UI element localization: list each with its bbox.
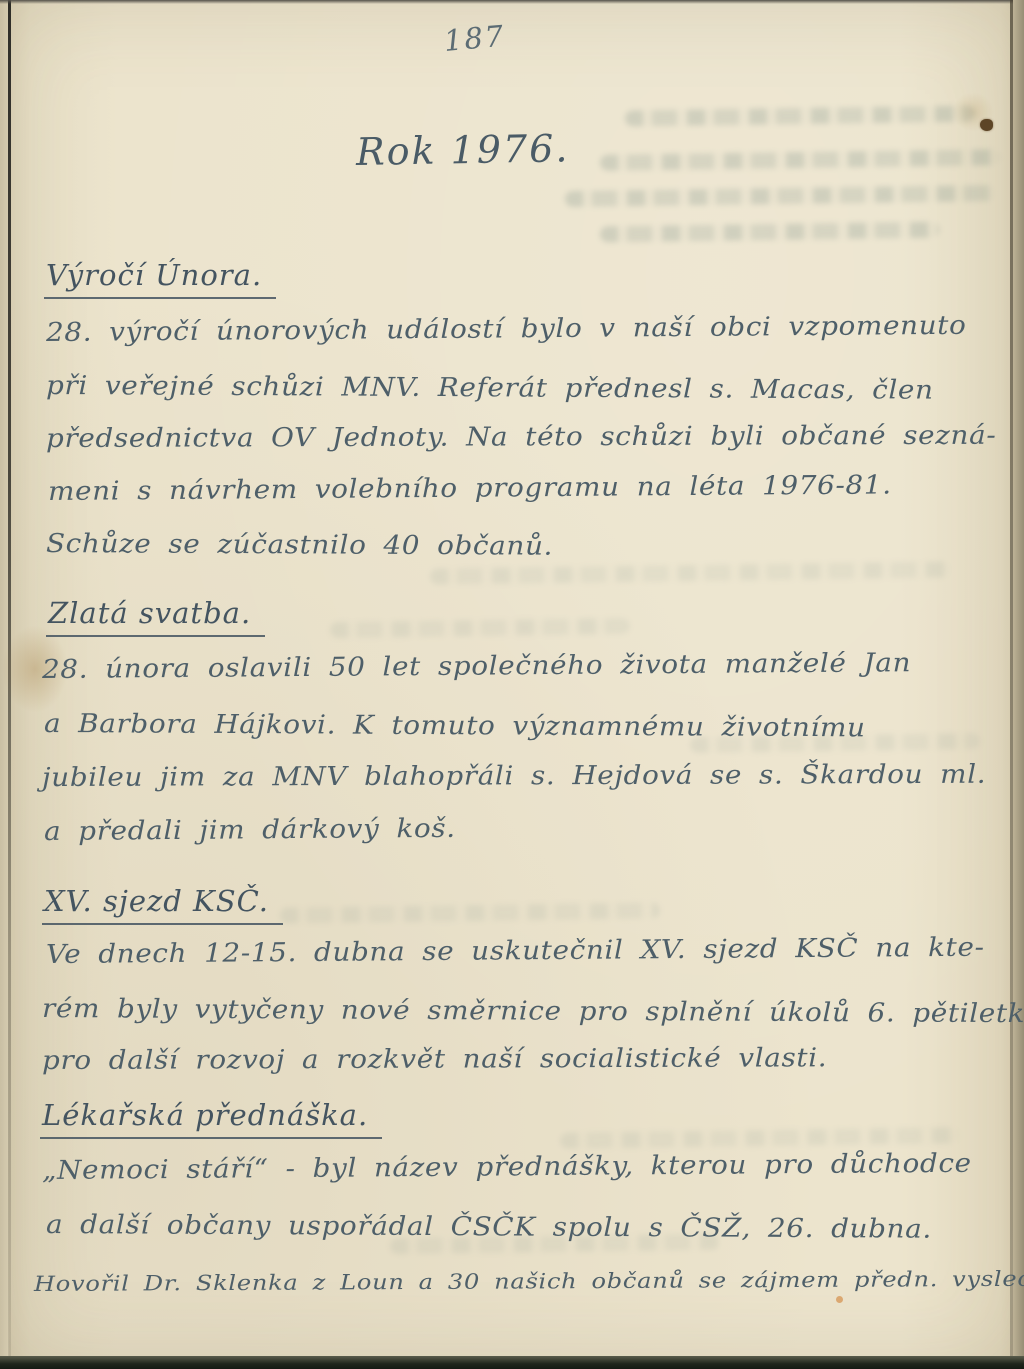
section-heading-lekarska-prednaska: Lékařská přednáška.: [40, 1098, 382, 1139]
handwriting-line: 28. února oslavili 50 let společného živ…: [42, 648, 911, 685]
handwriting-line: jubileu jim za MNV blahopřáli s. Hejdová…: [42, 760, 986, 793]
ink-speck: [836, 1296, 843, 1303]
ink-bleedthrough: [280, 902, 660, 923]
section-heading-xv-sjezd-ksc: XV. sjezd KSČ.: [42, 884, 283, 925]
ink-bleedthrough: [600, 222, 940, 243]
handwriting-line: 28. výročí únorových událostí bylo v naš…: [46, 311, 967, 348]
ink-bleedthrough: [330, 618, 630, 638]
handwriting-line: a Barbora Hájkovi. K tomuto významnému ž…: [44, 709, 866, 743]
handwriting-line: předsednictva OV Jednoty. Na této schůzi…: [46, 421, 996, 454]
page-edge-bottom: [0, 1356, 1024, 1369]
ink-speck: [980, 119, 993, 131]
page-number: 187: [443, 19, 507, 58]
chronicle-year-title: Rok 1976.: [356, 126, 570, 174]
ink-bleedthrough: [560, 1127, 960, 1149]
page-edge-top: [0, 0, 1024, 4]
handwriting-line: při veřejné schůzi MNV. Referát přednesl…: [46, 371, 934, 406]
handwriting-line: rém byly vytyčeny nové směrnice pro spln…: [42, 994, 1024, 1029]
handwriting-line: a předali jim dárkový koš.: [44, 814, 456, 847]
handwriting-line: Schůze se zúčastnilo 40 občanů.: [46, 529, 553, 562]
handwriting-line: meni s návrhem volebního programu na lét…: [48, 470, 892, 507]
chronicle-page: 187 Rok 1976. Výročí Února. 28. výročí ú…: [0, 0, 1024, 1369]
page-edge-right-shade: [1013, 0, 1024, 1369]
section-heading-zlata-svatba: Zlatá svatba.: [46, 596, 265, 637]
ink-bleedthrough: [600, 149, 1000, 171]
handwriting-line: Ve dnech 12-15. dubna se uskutečnil XV. …: [46, 933, 985, 970]
handwriting-line: Hovořil Dr. Sklenka z Loun a 30 našich o…: [34, 1267, 1024, 1296]
page-edge-left-line: [8, 0, 11, 1369]
handwriting-line: pro další rozvoj a rozkvět naší socialis…: [42, 1043, 827, 1076]
ink-bleedthrough: [565, 185, 995, 207]
section-heading-vyroci-unora: Výročí Února.: [44, 258, 276, 299]
handwriting-line: „Nemoci stáří“ - byl název přednášky, kt…: [42, 1149, 972, 1186]
ink-bleedthrough: [430, 561, 950, 584]
handwriting-line: a další občany uspořádal ČSČK spolu s ČS…: [46, 1210, 932, 1245]
ink-bleedthrough: [625, 106, 975, 127]
